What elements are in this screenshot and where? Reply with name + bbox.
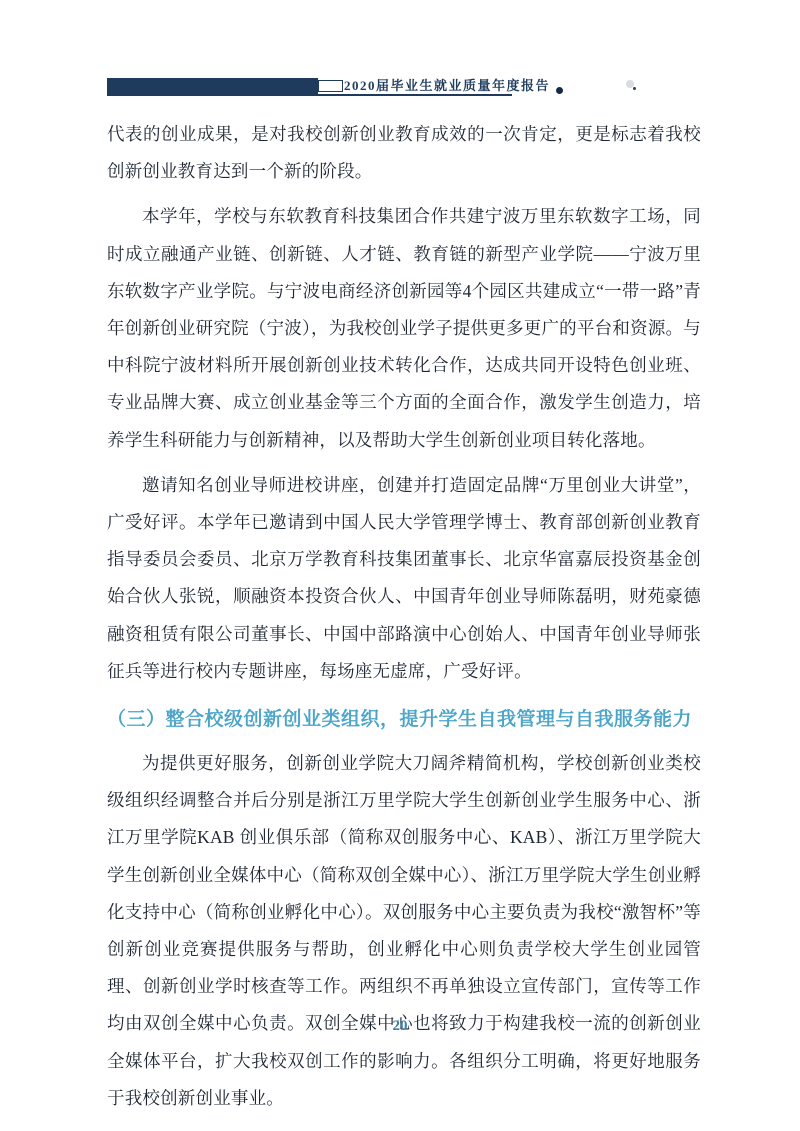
page-number: 20 — [393, 1018, 408, 1034]
header-bar — [107, 78, 318, 96]
spark-icon — [626, 80, 634, 88]
paragraph-dongruan: 本学年，学校与东软教育科技集团合作共建宁波万里东软数字工场，同时成立融通产业链、… — [107, 198, 701, 458]
dot-icon — [556, 87, 563, 94]
header-title: 2020届毕业生就业质量年度报告 — [344, 77, 512, 95]
paragraph-lecture: 邀请知名创业导师进校讲座，创建并打造固定品牌“万里创业大讲堂”，广受好评。本学年… — [107, 467, 701, 690]
page-footer: 20 — [0, 1018, 800, 1035]
document-page: 2020届毕业生就业质量年度报告 代表的创业成果，是对我校创新创业教育成效的一次… — [0, 0, 800, 1131]
document-body: 代表的创业成果，是对我校创新创业教育成效的一次肯定，更是标志着我校创新创业教育达… — [107, 116, 701, 1125]
paragraph-organization: 为提供更好服务，创新创业学院大刀阔斧精简机构，学校创新创业类校级组织经调整合并后… — [107, 745, 701, 1117]
header-underline — [318, 94, 512, 96]
section-heading: （三）整合校级创新创业类组织，提升学生自我管理与自我服务能力 — [107, 705, 701, 735]
header-box-decoration — [318, 80, 343, 92]
paragraph-continuation: 代表的创业成果，是对我校创新创业教育成效的一次肯定，更是标志着我校创新创业教育达… — [107, 116, 701, 190]
